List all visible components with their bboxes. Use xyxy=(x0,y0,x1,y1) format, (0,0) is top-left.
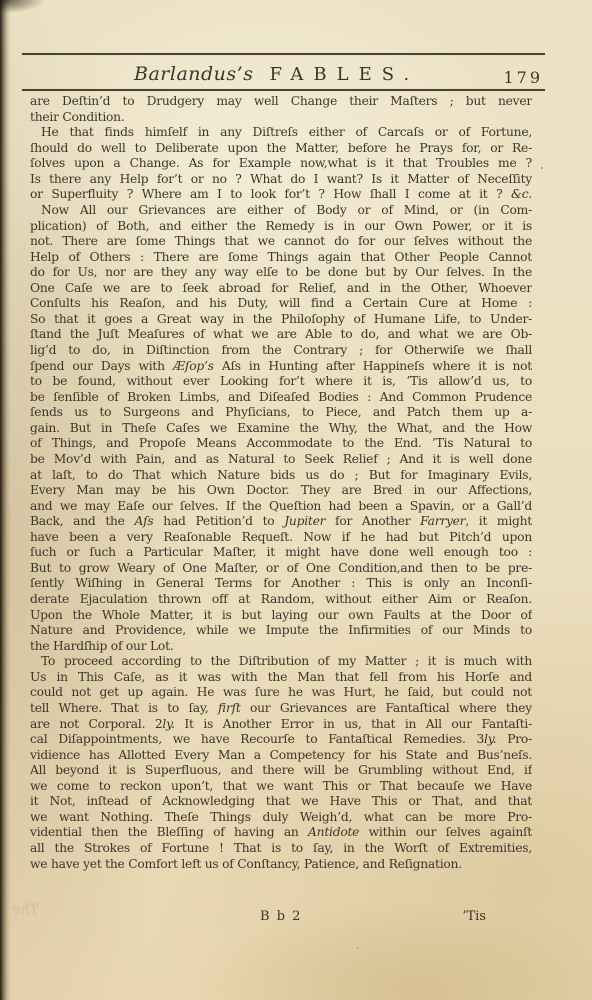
text-line: Nature and Providence, while we Impute t… xyxy=(30,623,532,639)
text-line: it Not, inſtead of Acknowledging that we… xyxy=(30,794,532,810)
text-line: plication) of Both, and either the Remed… xyxy=(30,219,532,235)
headline-rule-bottom xyxy=(22,89,545,91)
text-line: we want Nothing. Theſe Things duly Weigh… xyxy=(30,810,532,826)
text-line: lig’d to do, in Diſtinction from the Con… xyxy=(30,343,532,359)
text-line: be Mov’d with Pain, and as Natural to Se… xyxy=(30,452,532,468)
text-line: So that it goes a Great way in the Philo… xyxy=(30,312,532,328)
text-line: of Things, and Propoſe Means Accommodate… xyxy=(30,436,532,452)
italic-word: ly. xyxy=(484,732,496,746)
text-line: all the Strokes of Fortune ! That is to … xyxy=(30,841,532,857)
page-corner-shadow xyxy=(0,0,70,26)
signature-mark: B b 2 xyxy=(260,909,302,924)
text-line: Upon the Whole Matter, it is but laying … xyxy=(30,608,532,624)
text-line: ſuch or ſuch a Particular Maſter, it mig… xyxy=(30,545,532,561)
text-line: ſolves upon a Change. As for Example now… xyxy=(30,156,532,172)
paper-speck xyxy=(357,947,359,949)
text-line: the Hardſhip of our Lot. xyxy=(30,639,532,655)
text-line: ſends us to Surgeons and Phyſicians, to … xyxy=(30,405,532,421)
text-line: ſtand the Juſt Meaſures of what we are A… xyxy=(30,327,532,343)
text-line: Every Man may be his Own Doctor. They ar… xyxy=(30,483,532,499)
text-line: their Condition. xyxy=(30,110,532,126)
text-line: Us in This Caſe, as it was with the Man … xyxy=(30,670,532,686)
running-head-book: FABLES. xyxy=(269,64,419,85)
text-line: Back, and the Aſs had Petition’d to Jupi… xyxy=(30,514,532,530)
body-text: are Deſtin’d to Drudgery may well Change… xyxy=(30,94,532,872)
text-line: ſpend our Days with Æſop’s Aſs in Huntin… xyxy=(30,359,532,375)
italic-word: Jupiter xyxy=(284,514,325,528)
text-line: do for Us, nor are they any way elſe to … xyxy=(30,265,532,281)
text-line: One Caſe we are to ſeek abroad for Relie… xyxy=(30,281,532,297)
text-line: vidience has Allotted Every Man a Compet… xyxy=(30,748,532,764)
text-line: Help of Others : There are ſome Things a… xyxy=(30,250,532,266)
text-line: have been a very Reaſonable Requeſt. Now… xyxy=(30,530,532,546)
text-line: ſhould do well to Deliberate upon the Ma… xyxy=(30,141,532,157)
headline-rule-top xyxy=(22,53,545,55)
text-line: tell Where. That is to ſay, firſt our Gr… xyxy=(30,701,532,717)
text-line: we come to reckon upon’t, that we want T… xyxy=(30,779,532,795)
paper-speck xyxy=(541,167,543,169)
text-line: Conſults his Reaſon, and his Duty, will … xyxy=(30,296,532,312)
italic-word: firſt xyxy=(218,701,241,715)
text-line: ſently Wiſhing in General Terms for Anot… xyxy=(30,576,532,592)
italic-word: ly. xyxy=(162,717,174,731)
verso-show-through-text: The xyxy=(12,902,39,918)
page-gutter-shadow xyxy=(0,0,11,1000)
text-line: derate Ejaculation thrown off at Random,… xyxy=(30,592,532,608)
text-line: we have yet the Comfort left us of Conſt… xyxy=(30,857,532,873)
text-line: or Superfluity ? Where am I to look for’… xyxy=(30,187,532,203)
text-line: cal Diſappointments, we have Recourſe to… xyxy=(30,732,532,748)
text-line: All beyond it is Superfluous, and there … xyxy=(30,763,532,779)
text-line: To proceed according to the Diſtribution… xyxy=(30,654,532,670)
text-line: could not get up again. He was ſure he w… xyxy=(30,685,532,701)
italic-word: Farryer xyxy=(420,514,465,528)
text-line: gain. But in Theſe Caſes we Examine the … xyxy=(30,421,532,437)
text-line: are not Corporal. 2ly. It is Another Err… xyxy=(30,717,532,733)
scanned-book-page: Barlandus’sFABLES. 179 are Deſtin’d to D… xyxy=(0,0,592,1000)
italic-word: Antidote xyxy=(308,825,359,839)
italic-word: Aſs xyxy=(135,514,154,528)
text-line: He that finds himſelf in any Diſtreſs ei… xyxy=(30,125,532,141)
text-line: be ſenſible of Broken Limbs, and Diſeaſe… xyxy=(30,390,532,406)
text-line: not. There are ſome Things that we canno… xyxy=(30,234,532,250)
italic-word: Æſop’s xyxy=(173,359,214,373)
italic-word: &c. xyxy=(511,187,532,201)
text-line: But to grow Weary of One Maſter, or of O… xyxy=(30,561,532,577)
running-head-author: Barlandus’s xyxy=(134,63,253,85)
text-line: at laſt, to do That which Nature bids us… xyxy=(30,468,532,484)
text-line: Is there any Help for’t or no ? What do … xyxy=(30,172,532,188)
catchword: ’Tis xyxy=(462,909,486,924)
paper-speck xyxy=(508,452,510,454)
page-footer: B b 2 ’Tis xyxy=(30,909,532,929)
page-number: 179 xyxy=(503,68,543,87)
text-line: to be found, without ever Looking for’t … xyxy=(30,374,532,390)
text-line: and we may Eaſe our ſelves. If the Queſt… xyxy=(30,499,532,515)
text-line: Now All our Grievances are either of Bod… xyxy=(30,203,532,219)
running-head-title: Barlandus’sFABLES. xyxy=(134,63,419,85)
text-line: are Deſtin’d to Drudgery may well Change… xyxy=(30,94,532,110)
text-line: vidential then the Bleſſing of having an… xyxy=(30,825,532,841)
running-head: Barlandus’sFABLES. 179 xyxy=(30,56,532,88)
